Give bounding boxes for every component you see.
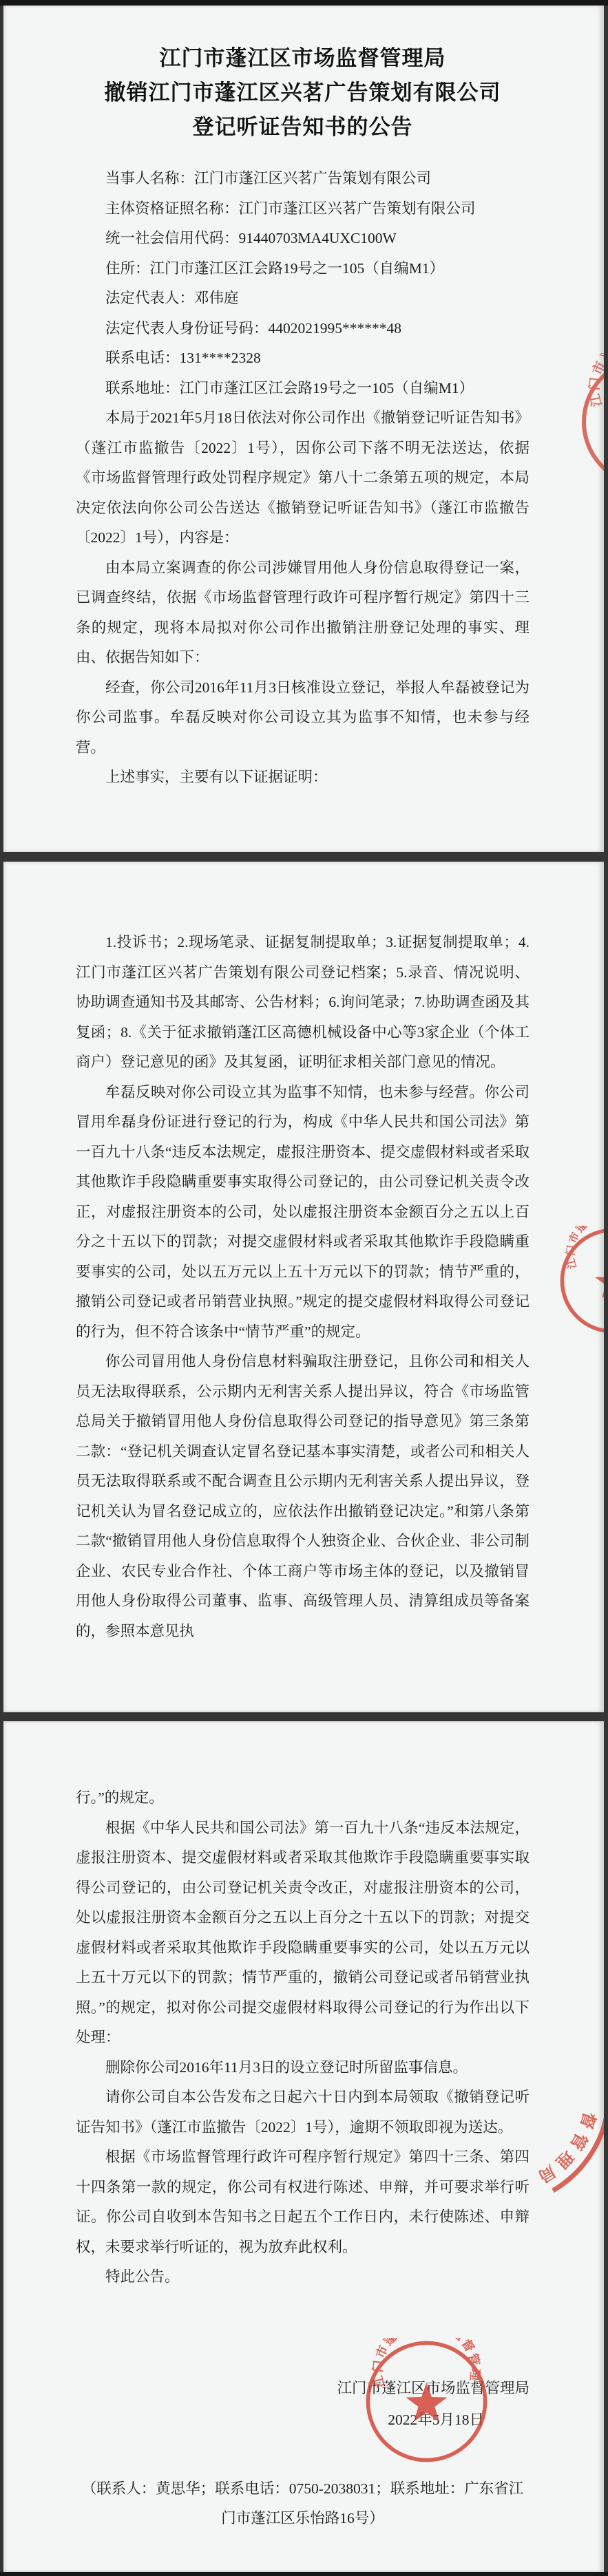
credit-code-line: 统一社会信用代码：91440703MA4UXC100W [76,224,530,254]
paragraph: 上述事实，主要有以下证据证明： [76,763,530,793]
svg-text:督管理局: 督管理局 [535,2109,599,2186]
paragraph: 经查，你公司2016年11月3日核准设立登记，举报人牟磊被登记为你公司监事。牟磊… [76,673,530,763]
seal-ring [562,1230,604,1331]
title-line-3: 登记听证告知书的公告 [76,110,530,145]
legal-rep-line: 法定代表人：邓伟庭 [76,284,530,314]
contact-note: （联系人：黄思华；联系电话：0750-2038031；联系地址：广东省江门市蓬江… [76,2474,530,2534]
page1-paragraphs: 本局于2021年5月18日依法对你公司作出《撤销登记听证告知书》（蓬江市监撤告〔… [76,403,530,793]
page2-paragraphs: 1.投诉书；2.现场笔录、证据复制提取单；3.证据复制提取单；4.江门市蓬江区兴… [76,928,530,1646]
svg-text:江门市蓬江区市场监督管理局: 江门市蓬江区市场监督管理局 [578,353,604,408]
paragraph: 由本局立案调查的你公司涉嫌冒用他人身份信息取得登记一案，已调查终结，依据《市场监… [76,553,530,673]
paragraph: 请你公司自本公告发布之日起六十日内到本局领取《撤销登记听证告知书》（蓬江市监撤告… [76,2083,530,2142]
page3-paragraphs: 行。”的规定。 根据《中华人民共和国公司法》第一百九十八条“违反本法规定，虚报注… [76,1783,530,2292]
title-line-2: 撤销江门市蓬江区兴茗广告策划有限公司 [76,76,530,110]
evidence-list-paragraph: 1.投诉书；2.现场笔录、证据复制提取单；3.证据复制提取单；4.江门市蓬江区兴… [76,928,530,1078]
legal-rep-id-line: 法定代表人身份证号码：4402021995******48 [76,314,530,344]
official-seal-fragment-page1: 江门市蓬江区市场监督管理局 [578,353,604,491]
party-name-line: 当事人名称：江门市蓬江区兴茗广告策划有限公司 [76,164,530,194]
official-seal-fragment-page2: 江门市蓬江区市场监督管理局 [558,1226,604,1336]
document-title: 江门市蓬江区市场监督管理局 撤销江门市蓬江区兴茗广告策划有限公司 登记听证告知书… [76,41,530,145]
closing-line: 特此公告。 [76,2262,530,2292]
scanned-document: 江门市蓬江区市场监督管理局 撤销江门市蓬江区兴茗广告策划有限公司 登记听证告知书… [0,0,608,2576]
decision-paragraph: 删除你公司2016年11月3日的设立登记时所留监事信息。 [76,2053,530,2083]
title-line-1: 江门市蓬江区市场监督管理局 [76,41,530,76]
paragraph: 根据《市场监督管理行政许可程序暂行规定》第四十三条、第四十四条第一款的规定，你公… [76,2142,530,2262]
seal-star-icon [595,1264,604,1298]
seal-ring [584,359,604,485]
issuing-authority: 江门市蓬江区市场监督管理局 [76,2372,530,2404]
document-page-3: 行。”的规定。 根据《中华人民共和国公司法》第一百九十八条“违反本法规定，虚报注… [3,1721,604,2572]
phone-line: 联系电话：131****2328 [76,343,530,374]
seal-arc-text: 江门市蓬江区市场监督管理局 [558,1226,604,1270]
contact-address-line: 联系地址：江门市蓬江区江会路19号之一105（自编M1） [76,374,530,404]
document-page-2: 1.投诉书；2.现场笔录、证据复制提取单；3.证据复制提取单；4.江门市蓬江区兴… [3,862,604,1712]
svg-text:江门市蓬江区市场监督管理局: 江门市蓬江区市场监督管理局 [558,1226,604,1270]
paragraph: 本局于2021年5月18日依法对你公司作出《撤销登记听证告知书》（蓬江市监撤告〔… [76,403,530,553]
paragraph: 牟磊反映对你公司设立其为监事不知情，也未参与经营。你公司冒用牟磊身份证进行登记的… [76,1078,530,1348]
license-name-line: 主体资格证照名称：江门市蓬江区兴茗广告策划有限公司 [76,194,530,224]
seal-arc-text: 江门市蓬江区市场监督管理局 [578,353,604,408]
paragraph: 根据《中华人民共和国公司法》第一百九十八条“违反本法规定，虚报注册资本、提交虚假… [76,1813,530,2053]
continuation-line: 行。”的规定。 [76,1783,530,1813]
paragraph: 你公司冒用他人身份信息材料骗取注册登记，且你公司和相关人员无法取得联系，公示期内… [76,1347,530,1646]
signature-block: 江门市蓬江区市场监督管理局 2022年5月18日 [76,2372,530,2436]
document-page-1: 江门市蓬江区市场监督管理局 撤销江门市蓬江区兴茗广告策划有限公司 登记听证告知书… [3,6,604,852]
party-info-block: 当事人名称：江门市蓬江区兴茗广告策划有限公司 主体资格证照名称：江门市蓬江区兴茗… [76,164,530,403]
issue-date: 2022年5月18日 [76,2404,530,2436]
seal-ring-arc [553,2102,604,2191]
seal-arc-text: 督管理局 [535,2109,599,2186]
address-line: 住所：江门市蓬江区江会路19号之一105（自编M1） [76,254,530,284]
